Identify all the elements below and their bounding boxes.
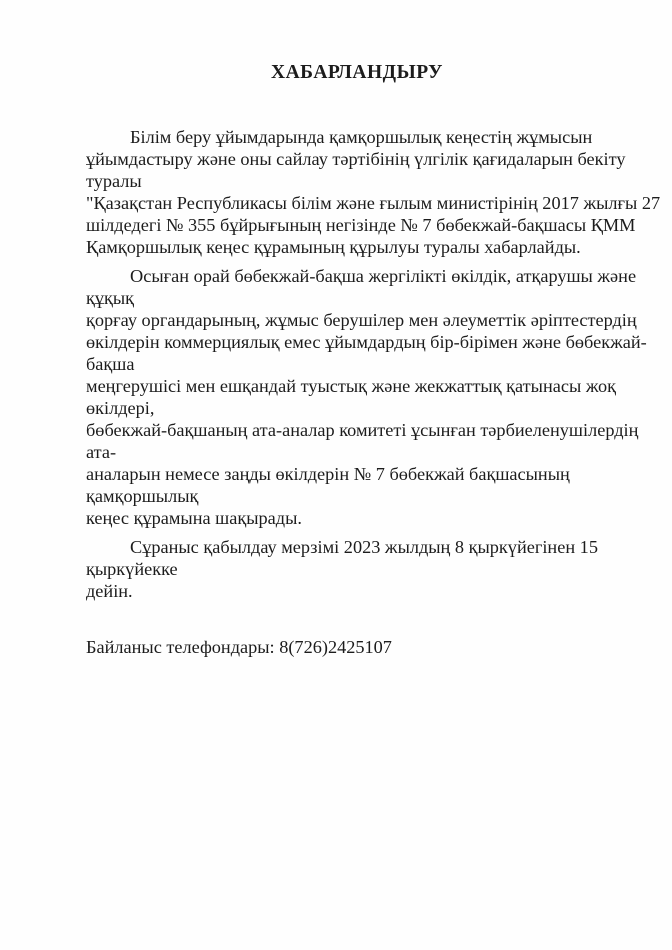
document-page: ХАБАРЛАНДЫРУ Білім беру ұйымдарында қамқ… [0,0,672,950]
paragraph-invitation: Осыған орай бөбекжай-бақша жергілікті өк… [86,265,672,529]
contact-phone-line: Байланыс телефондары: 8(726)2425107 [86,636,672,658]
paragraph-deadline: Сұраныс қабылдау мерзімі 2023 жылдың 8 қ… [86,536,672,602]
paragraph-announcement-basis: Білім беру ұйымдарында қамқоршылық кеңес… [86,126,672,258]
document-content: ХАБАРЛАНДЫРУ Білім беру ұйымдарында қамқ… [86,60,672,658]
document-title: ХАБАРЛАНДЫРУ [86,60,628,86]
